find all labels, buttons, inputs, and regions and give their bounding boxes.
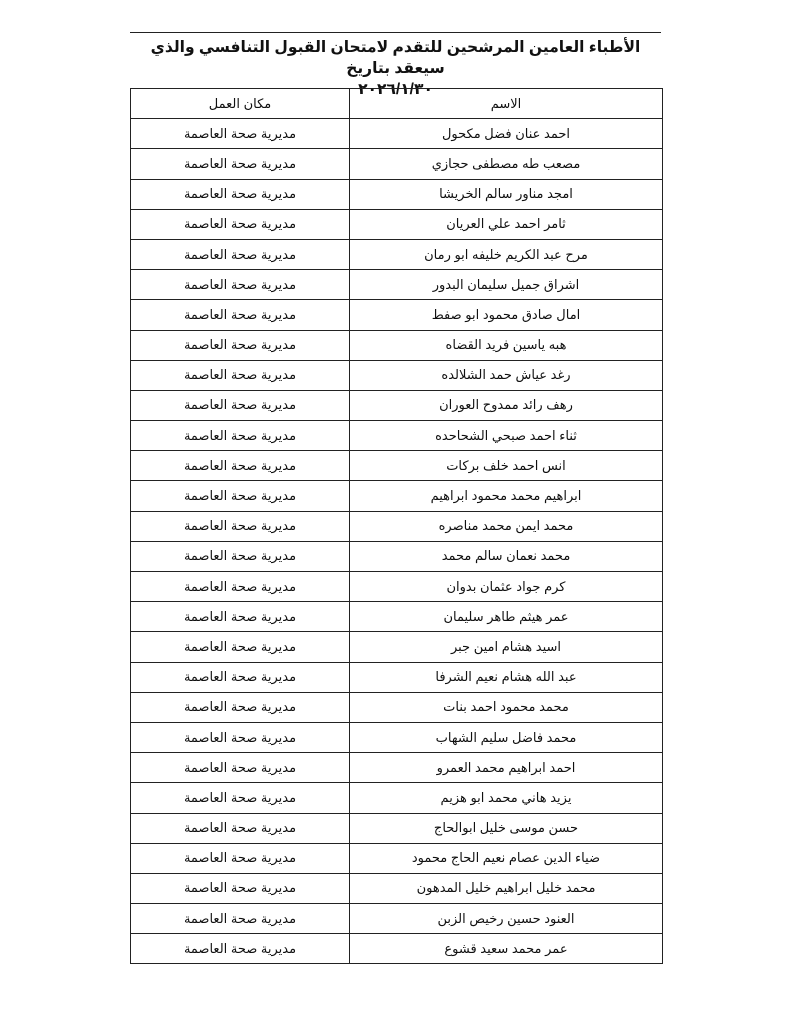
cell-workplace: مديرية صحة العاصمة	[131, 873, 350, 903]
table-row: ابراهيم محمد محمود ابراهيممديرية صحة الع…	[131, 481, 663, 511]
top-divider	[130, 32, 661, 33]
cell-name: محمد محمود احمد بنات	[350, 692, 663, 722]
cell-name: محمد نعمان سالم محمد	[350, 541, 663, 571]
cell-name: محمد خليل ابراهيم خليل المدهون	[350, 873, 663, 903]
cell-name: ضياء الدين عصام نعيم الحاج محمود	[350, 843, 663, 873]
cell-name: ثناء احمد صبحي الشحاحده	[350, 421, 663, 451]
table-row: انس احمد خلف بركاتمديرية صحة العاصمة	[131, 451, 663, 481]
cell-workplace: مديرية صحة العاصمة	[131, 813, 350, 843]
header-name: الاسم	[350, 89, 663, 119]
cell-name: امال صادق محمود ابو صفط	[350, 300, 663, 330]
table-row: يزيد هاني محمد ابو هزيممديرية صحة العاصم…	[131, 783, 663, 813]
cell-workplace: مديرية صحة العاصمة	[131, 602, 350, 632]
cell-workplace: مديرية صحة العاصمة	[131, 421, 350, 451]
table-header-row: الاسم مكان العمل	[131, 89, 663, 119]
cell-workplace: مديرية صحة العاصمة	[131, 843, 350, 873]
title-text: الأطباء العامين المرشحين للتقدم لامتحان …	[151, 39, 641, 77]
cell-name: ابراهيم محمد محمود ابراهيم	[350, 481, 663, 511]
cell-workplace: مديرية صحة العاصمة	[131, 209, 350, 239]
cell-workplace: مديرية صحة العاصمة	[131, 662, 350, 692]
cell-name: هبه ياسين فريد القضاه	[350, 330, 663, 360]
cell-workplace: مديرية صحة العاصمة	[131, 300, 350, 330]
cell-name: اشراق جميل سليمان البدور	[350, 270, 663, 300]
cell-name: عبد الله هشام نعيم الشرفا	[350, 662, 663, 692]
cell-workplace: مديرية صحة العاصمة	[131, 179, 350, 209]
table-row: عبد الله هشام نعيم الشرفامديرية صحة العا…	[131, 662, 663, 692]
cell-name: يزيد هاني محمد ابو هزيم	[350, 783, 663, 813]
table-row: امجد مناور سالم الخريشامديرية صحة العاصم…	[131, 179, 663, 209]
cell-workplace: مديرية صحة العاصمة	[131, 632, 350, 662]
header-workplace: مكان العمل	[131, 89, 350, 119]
table-row: اشراق جميل سليمان البدورمديرية صحة العاص…	[131, 270, 663, 300]
cell-name: رغد عياش حمد الشلالده	[350, 360, 663, 390]
cell-name: عمر هيثم طاهر سليمان	[350, 602, 663, 632]
table-row: رغد عياش حمد الشلالدهمديرية صحة العاصمة	[131, 360, 663, 390]
table-row: كرم جواد عثمان بدوانمديرية صحة العاصمة	[131, 572, 663, 602]
table-row: احمد عنان فضل مكحولمديرية صحة العاصمة	[131, 119, 663, 149]
cell-workplace: مديرية صحة العاصمة	[131, 270, 350, 300]
candidates-table: الاسم مكان العمل احمد عنان فضل مكحولمدير…	[130, 88, 663, 964]
table-row: امال صادق محمود ابو صفطمديرية صحة العاصم…	[131, 300, 663, 330]
cell-workplace: مديرية صحة العاصمة	[131, 541, 350, 571]
cell-workplace: مديرية صحة العاصمة	[131, 511, 350, 541]
cell-workplace: مديرية صحة العاصمة	[131, 451, 350, 481]
table-row: هبه ياسين فريد القضاهمديرية صحة العاصمة	[131, 330, 663, 360]
cell-workplace: مديرية صحة العاصمة	[131, 239, 350, 269]
cell-name: ثامر احمد علي العريان	[350, 209, 663, 239]
cell-name: احمد عنان فضل مكحول	[350, 119, 663, 149]
cell-workplace: مديرية صحة العاصمة	[131, 330, 350, 360]
cell-workplace: مديرية صحة العاصمة	[131, 119, 350, 149]
cell-name: محمد فاضل سليم الشهاب	[350, 722, 663, 752]
table-row: محمد ايمن محمد مناصرهمديرية صحة العاصمة	[131, 511, 663, 541]
cell-workplace: مديرية صحة العاصمة	[131, 149, 350, 179]
table-row: محمد فاضل سليم الشهابمديرية صحة العاصمة	[131, 722, 663, 752]
table-row: مرح عبد الكريم خليفه ابو رمانمديرية صحة …	[131, 239, 663, 269]
cell-name: احمد ابراهيم محمد العمرو	[350, 753, 663, 783]
table-row: ثناء احمد صبحي الشحاحدهمديرية صحة العاصم…	[131, 421, 663, 451]
cell-name: انس احمد خلف بركات	[350, 451, 663, 481]
table-row: احمد ابراهيم محمد العمرومديرية صحة العاص…	[131, 753, 663, 783]
table-row: ضياء الدين عصام نعيم الحاج محمودمديرية ص…	[131, 843, 663, 873]
cell-name: عمر محمد سعيد قشوع	[350, 934, 663, 964]
cell-name: العنود حسين رخيص الزبن	[350, 904, 663, 934]
cell-name: مرح عبد الكريم خليفه ابو رمان	[350, 239, 663, 269]
cell-name: رهف رائد ممدوح العوران	[350, 390, 663, 420]
cell-name: اسيد هشام امين جبر	[350, 632, 663, 662]
cell-workplace: مديرية صحة العاصمة	[131, 692, 350, 722]
cell-workplace: مديرية صحة العاصمة	[131, 572, 350, 602]
table-row: حسن موسى خليل ابوالحاجمديرية صحة العاصمة	[131, 813, 663, 843]
table-row: العنود حسين رخيص الزبنمديرية صحة العاصمة	[131, 904, 663, 934]
cell-name: مصعب طه مصطفى حجازي	[350, 149, 663, 179]
cell-workplace: مديرية صحة العاصمة	[131, 481, 350, 511]
cell-name: كرم جواد عثمان بدوان	[350, 572, 663, 602]
cell-workplace: مديرية صحة العاصمة	[131, 783, 350, 813]
table-row: عمر هيثم طاهر سليمانمديرية صحة العاصمة	[131, 602, 663, 632]
table-row: محمد محمود احمد بناتمديرية صحة العاصمة	[131, 692, 663, 722]
table-row: ثامر احمد علي العريانمديرية صحة العاصمة	[131, 209, 663, 239]
cell-workplace: مديرية صحة العاصمة	[131, 390, 350, 420]
cell-workplace: مديرية صحة العاصمة	[131, 904, 350, 934]
cell-name: محمد ايمن محمد مناصره	[350, 511, 663, 541]
table-row: عمر محمد سعيد قشوعمديرية صحة العاصمة	[131, 934, 663, 964]
table-row: رهف رائد ممدوح العورانمديرية صحة العاصمة	[131, 390, 663, 420]
table-row: اسيد هشام امين جبرمديرية صحة العاصمة	[131, 632, 663, 662]
table-row: مصعب طه مصطفى حجازيمديرية صحة العاصمة	[131, 149, 663, 179]
cell-workplace: مديرية صحة العاصمة	[131, 753, 350, 783]
cell-workplace: مديرية صحة العاصمة	[131, 722, 350, 752]
cell-name: امجد مناور سالم الخريشا	[350, 179, 663, 209]
table-row: محمد خليل ابراهيم خليل المدهونمديرية صحة…	[131, 873, 663, 903]
cell-name: حسن موسى خليل ابوالحاج	[350, 813, 663, 843]
cell-workplace: مديرية صحة العاصمة	[131, 360, 350, 390]
table-row: محمد نعمان سالم محمدمديرية صحة العاصمة	[131, 541, 663, 571]
cell-workplace: مديرية صحة العاصمة	[131, 934, 350, 964]
